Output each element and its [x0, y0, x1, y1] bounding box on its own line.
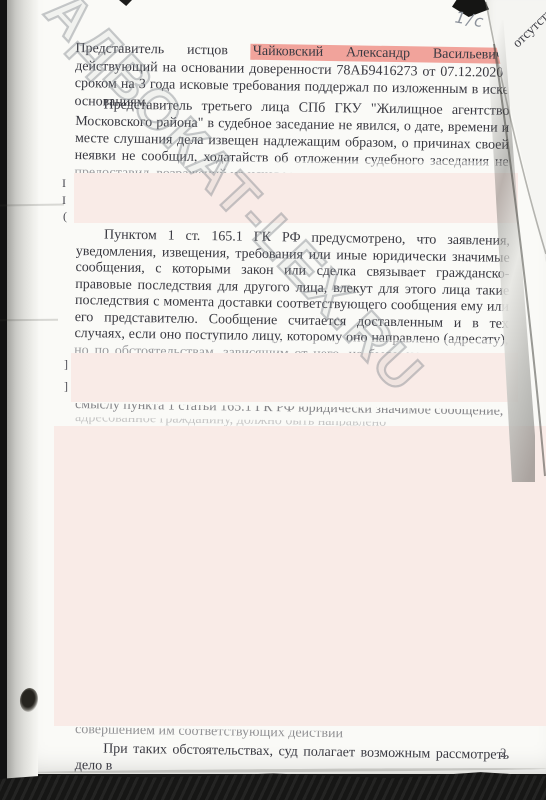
table-edge-left — [0, 0, 7, 800]
redaction2-remnant-char: ] — [64, 380, 68, 392]
paragraph1-before: Представитель истцов — [75, 41, 251, 59]
scan-fade-strip — [74, 340, 514, 353]
highlighted-name: Чайковский Александр Васильевич, — [251, 44, 510, 64]
redaction-block-2 — [71, 353, 518, 402]
redaction1-remnant-char: І — [62, 177, 66, 189]
page-number: 2 — [500, 745, 507, 761]
redaction2-remnant-char: ] — [64, 358, 68, 370]
redaction1-remnant-char: ( — [63, 210, 67, 222]
folded-sheet-edge — [7, 0, 38, 800]
scanned-court-document: Представитель истцов Чайковский Александ… — [0, 0, 546, 800]
redaction-block-1 — [74, 173, 518, 223]
redaction-block-3 — [54, 426, 546, 726]
